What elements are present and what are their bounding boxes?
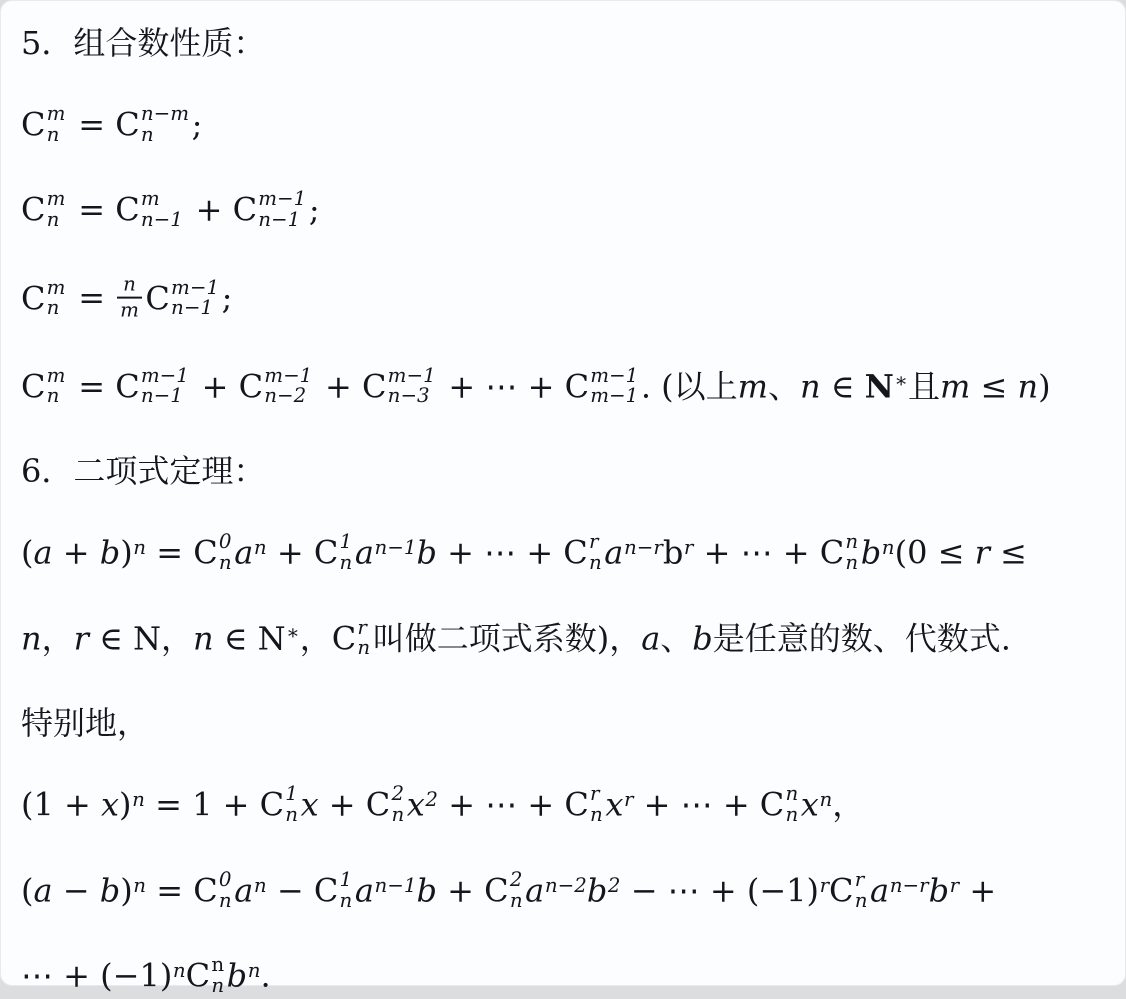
superscript: n (211, 955, 224, 976)
superscript: n−1 (375, 874, 417, 897)
formula-symmetry: Cmn = Cn−mn; (21, 106, 1105, 148)
combination-C: Cm−1n−1 (233, 191, 307, 233)
combination-C-base: C (484, 871, 508, 909)
math-text: ; (222, 279, 233, 317)
math-text: = (68, 367, 115, 405)
combination-C-base: C (314, 533, 338, 571)
superscript: 1 (340, 870, 353, 891)
combination-C-base: C (21, 105, 45, 143)
superscript: m (141, 189, 183, 210)
subscript: n (47, 386, 66, 407)
subscript: n (590, 805, 603, 826)
combination-C-base: C (21, 367, 45, 405)
math-text: ; (309, 191, 320, 229)
math-text: + (319, 785, 366, 823)
combination-scripts: n−mn (141, 104, 189, 146)
formula-a-minus-b-line-1: (a − b)n = C0nan − C1nan−1b + C2nan−2b2 … (21, 872, 1105, 914)
math-text: = (68, 105, 115, 143)
combination-C-base: C (115, 367, 139, 405)
combination-C: Cnn (820, 534, 858, 576)
superscript: m−1 (590, 366, 638, 387)
subscript: n−1 (258, 210, 306, 231)
formula-binomial-line-2: n，r ∈ N，n ∈ N∗，Crn叫做二项式系数)，a、b是任意的数、代数式. (21, 620, 1105, 662)
math-variable: a (355, 871, 374, 909)
combination-C: Cm−1n−1 (145, 280, 219, 322)
combination-C-base: C (115, 105, 139, 143)
combination-C: C1n (260, 786, 298, 828)
combination-C-base: C (186, 957, 210, 986)
math-text: + (53, 533, 100, 571)
combination-scripts: mn−1 (141, 189, 183, 231)
math-variable: a (234, 871, 253, 909)
math-text: + ⋯ + (437, 533, 563, 571)
superscript: ∗ (286, 621, 299, 644)
math-variable: b (587, 871, 607, 909)
combination-C: Crn (332, 620, 370, 662)
math-variable: b (929, 871, 949, 909)
subscript: n−1 (171, 298, 219, 319)
math-variable: b (861, 533, 881, 571)
combination-scripts: rn (589, 532, 602, 574)
combination-scripts: 0n (219, 870, 232, 912)
subscript: n (47, 298, 66, 319)
math-text: ， (300, 619, 332, 657)
math-variable: a (355, 533, 374, 571)
superscript: n−r (890, 874, 929, 897)
superscript: m−1 (141, 366, 189, 387)
math-text: ∈ (821, 367, 865, 405)
combination-C: C1n (314, 872, 352, 914)
math-text: ， (42, 619, 74, 657)
superscript: m (47, 366, 66, 387)
math-variable: m (940, 367, 970, 405)
combination-C: Cnn (760, 786, 798, 828)
subscript: n (219, 891, 232, 912)
subscript: n (340, 553, 353, 574)
combination-scripts: m−1n−1 (141, 366, 189, 408)
math-text: (1 + (21, 785, 101, 823)
subscript: n−3 (388, 386, 436, 407)
math-variable: a (641, 619, 660, 657)
subscript: n (47, 125, 66, 146)
math-variable: n (21, 619, 42, 657)
math-text: b (663, 533, 683, 571)
superscript: r (590, 784, 603, 805)
document-panel: 5．组合数性质：Cmn = Cn−mn;Cmn = Cmn−1 + Cm−1n−… (0, 0, 1126, 986)
math-variable: a (234, 533, 253, 571)
combination-C: Cnn (186, 957, 224, 986)
formula-hockey-stick: Cmn = Cm−1n−1 + Cm−1n−2 + Cm−1n−3 + ⋯ + … (21, 368, 1105, 410)
math-text: − (267, 871, 314, 909)
combination-C: C2n (484, 872, 522, 914)
superscript: n−1 (375, 536, 417, 559)
math-text: + (437, 871, 484, 909)
math-variable: b (417, 871, 437, 909)
superscript: 2 (608, 874, 621, 897)
combination-scripts: 1n (340, 870, 353, 912)
superscript: r (684, 536, 693, 559)
superscript: n (132, 788, 145, 811)
combination-C-base: C (239, 367, 263, 405)
combination-C-base: C (820, 533, 844, 571)
math-text: = (68, 191, 115, 229)
math-text: ， (832, 785, 864, 823)
superscript: 1 (285, 784, 298, 805)
formula-one-plus-x: (1 + x)n = 1 + C1nx + C2nx2 + ⋯ + Crnxr … (21, 786, 1105, 828)
combination-scripts: m−1m−1 (590, 366, 638, 408)
superscript: n−r (624, 536, 663, 559)
math-text: + (315, 367, 362, 405)
combination-C-base: C (362, 367, 386, 405)
superscript: m−1 (264, 366, 312, 387)
math-text: + ⋯ + (693, 533, 819, 571)
subscript: n−1 (141, 210, 183, 231)
section-6-heading: 6．二项式定理： (21, 453, 1105, 490)
subscript: n−2 (264, 386, 312, 407)
subscript: n (855, 891, 868, 912)
superscript: r (950, 874, 959, 897)
superscript: n (133, 874, 146, 897)
combination-scripts: m−1n−2 (264, 366, 312, 408)
combination-C-base: C (314, 871, 338, 909)
math-variable: n (1018, 367, 1039, 405)
math-variable: x (407, 785, 425, 823)
superscript: n (819, 788, 832, 811)
math-text: ( (21, 533, 33, 571)
superscript: n (248, 959, 261, 982)
math-variable: m (738, 367, 768, 405)
math-text: ∈ N， (89, 619, 193, 657)
formula-pascal: Cmn = Cmn−1 + Cm−1n−1; (21, 191, 1105, 233)
math-variable: n (800, 367, 821, 405)
superscript: n (882, 536, 895, 559)
combination-C: Cm−1n−1 (115, 368, 189, 410)
superscript: m (47, 104, 66, 125)
combination-C-base: C (115, 191, 139, 229)
superscript: n (133, 536, 146, 559)
math-text: (0 ≤ (895, 533, 975, 571)
math-variable: a (604, 533, 623, 571)
subscript: n (47, 210, 66, 231)
superscript: m−1 (258, 189, 306, 210)
superscript: 1 (340, 532, 353, 553)
math-text: ) (120, 871, 132, 909)
math-text: . (以上 (641, 367, 738, 405)
math-text: = 1 + (145, 785, 260, 823)
combination-C-base: C (145, 279, 169, 317)
fraction-denominator: m (117, 299, 142, 321)
text-especially: 特别地， (21, 705, 1105, 742)
math-text: ∈ N (214, 619, 286, 657)
math-variable: b (417, 533, 437, 571)
combination-scripts: 1n (285, 784, 298, 826)
combination-C: Cm−1n−3 (362, 368, 436, 410)
combination-C-base: C (565, 367, 589, 405)
combination-C-base: C (193, 533, 217, 571)
math-text: + ⋯ + (438, 367, 564, 405)
combination-scripts: rn (357, 618, 370, 660)
combination-C: Cmn (21, 368, 65, 410)
combination-C-base: C (366, 785, 390, 823)
superscript: m (47, 278, 66, 299)
superscript: m−1 (171, 278, 219, 299)
combination-scripts: 2n (510, 870, 523, 912)
math-text: = (146, 533, 193, 571)
math-text: = (146, 871, 193, 909)
math-text: + (267, 533, 314, 571)
subscript: m−1 (590, 386, 638, 407)
math-text: 且 (908, 367, 940, 405)
superscript: r (357, 618, 370, 639)
math-text: − (53, 871, 100, 909)
fraction-numerator: n (117, 275, 142, 299)
superscript: 0 (219, 870, 232, 891)
combination-C-base: C (21, 279, 45, 317)
combination-C: C2n (366, 786, 404, 828)
superscript: n−m (141, 104, 189, 125)
subscript: n (219, 553, 232, 574)
superscript: r (855, 870, 868, 891)
combination-scripts: mn (47, 189, 66, 231)
math-text: = (68, 279, 115, 317)
combination-C-base: C (21, 191, 45, 229)
combination-scripts: 0n (219, 532, 232, 574)
combination-C-base: C (233, 191, 257, 229)
math-variable: a (870, 871, 889, 909)
combination-C: Cn−mn (115, 106, 189, 148)
superscript: 0 (219, 532, 232, 553)
math-text: 6．二项式定理： (21, 452, 265, 490)
math-text: ≤ (970, 367, 1017, 405)
fraction: nm (117, 275, 142, 321)
math-variable: x (301, 785, 319, 823)
math-text: . (261, 957, 271, 986)
subscript: n (785, 805, 798, 826)
combination-C: Cmn (21, 191, 65, 233)
formula-ratio: Cmn = nmCm−1n−1; (21, 277, 1105, 323)
combination-C: Crn (829, 872, 867, 914)
math-variable: x (605, 785, 623, 823)
combination-C-base: C (760, 785, 784, 823)
math-text: + (959, 871, 996, 909)
subscript: n−1 (141, 386, 189, 407)
superscript: n (173, 959, 186, 982)
math-variable: b (100, 871, 120, 909)
combination-C: C0n (193, 872, 231, 914)
superscript: m−1 (388, 366, 436, 387)
combination-scripts: nn (785, 784, 798, 826)
combination-C: Cmn−1 (115, 191, 183, 233)
math-variable: b (692, 619, 712, 657)
combination-C: Cm−1m−1 (565, 368, 639, 410)
superscript: 2 (391, 784, 404, 805)
combination-scripts: rn (590, 784, 603, 826)
math-variable: x (101, 785, 119, 823)
combination-scripts: mn (47, 278, 66, 320)
math-text: 是任意的数、代数式. (713, 619, 1011, 657)
math-text: ) (1038, 367, 1050, 405)
combination-C: Cmn (21, 280, 65, 322)
combination-C: Crn (563, 534, 601, 576)
combination-C: Cmn (21, 106, 65, 148)
superscript: n−2 (545, 874, 587, 897)
combination-scripts: 1n (340, 532, 353, 574)
math-text: + ⋯ + (438, 785, 564, 823)
combination-scripts: mn (47, 366, 66, 408)
math-text: − ⋯ + (−1) (621, 871, 819, 909)
combination-C: Crn (564, 786, 602, 828)
math-variable: a (33, 533, 52, 571)
combination-scripts: rn (855, 870, 868, 912)
math-variable: b (227, 957, 247, 986)
superscript: n (254, 874, 267, 897)
combination-scripts: m−1n−1 (258, 189, 306, 231)
math-text: ) (120, 533, 132, 571)
combination-scripts: m−1n−1 (171, 278, 219, 320)
combination-C: C0n (193, 534, 231, 576)
combination-scripts: nn (845, 532, 858, 574)
superscript: r (820, 874, 829, 897)
superscript: n (845, 532, 858, 553)
combination-scripts: m−1n−3 (388, 366, 436, 408)
subscript: n (589, 553, 602, 574)
combination-C: Cm−1n−2 (239, 368, 313, 410)
superscript: ∗ (895, 369, 908, 392)
superscript: n (785, 784, 798, 805)
math-variable: r (975, 533, 990, 571)
subscript: n (285, 805, 298, 826)
section-5-heading: 5．组合数性质： (21, 25, 1105, 62)
math-variable: a (33, 871, 52, 909)
combination-C-base: C (332, 619, 356, 657)
combination-scripts: 2n (391, 784, 404, 826)
combination-C-base: C (193, 871, 217, 909)
formula-binomial-line-1: (a + b)n = C0nan + C1nan−1b + ⋯ + Crnan−… (21, 534, 1105, 576)
combination-C: C1n (314, 534, 352, 576)
subscript: n (340, 891, 353, 912)
math-text: 5．组合数性质： (21, 24, 265, 62)
subscript: n (391, 805, 404, 826)
superscript: 2 (425, 788, 438, 811)
subscript: n (845, 553, 858, 574)
formula-a-minus-b-line-2: ⋯ + (−1)nCnnbn. (21, 957, 1105, 986)
math-bold-symbol: N (865, 367, 894, 405)
math-text: ) (119, 785, 131, 823)
combination-scripts: nn (211, 955, 224, 986)
combination-C-base: C (563, 533, 587, 571)
math-variable: x (801, 785, 819, 823)
math-variable: b (100, 533, 120, 571)
math-text: ( (21, 871, 33, 909)
subscript: n (211, 976, 224, 986)
combination-C-base: C (260, 785, 284, 823)
combination-scripts: mn (47, 104, 66, 146)
math-variable: n (193, 619, 214, 657)
math-text: 、 (660, 619, 692, 657)
math-text: + ⋯ + (633, 785, 759, 823)
math-text: ≤ (990, 533, 1027, 571)
superscript: 2 (510, 870, 523, 891)
subscript: n (357, 638, 370, 659)
superscript: n (254, 536, 267, 559)
math-text: ⋯ + (−1) (21, 957, 172, 986)
combination-C-base: C (829, 871, 853, 909)
subscript: n (510, 891, 523, 912)
math-variable: a (525, 871, 544, 909)
math-text: 叫做二项式系数)， (373, 619, 642, 657)
document-content: 5．组合数性质：Cmn = Cn−mn;Cmn = Cmn−1 + Cm−1n−… (1, 1, 1125, 985)
math-variable: r (74, 619, 89, 657)
math-text: ; (192, 105, 203, 143)
superscript: r (589, 532, 602, 553)
subscript: n (141, 125, 189, 146)
combination-C-base: C (564, 785, 588, 823)
superscript: m (47, 189, 66, 210)
math-text: + (185, 191, 232, 229)
math-text: 、 (768, 367, 800, 405)
math-text: + (191, 367, 238, 405)
math-text: 特别地， (21, 704, 149, 742)
